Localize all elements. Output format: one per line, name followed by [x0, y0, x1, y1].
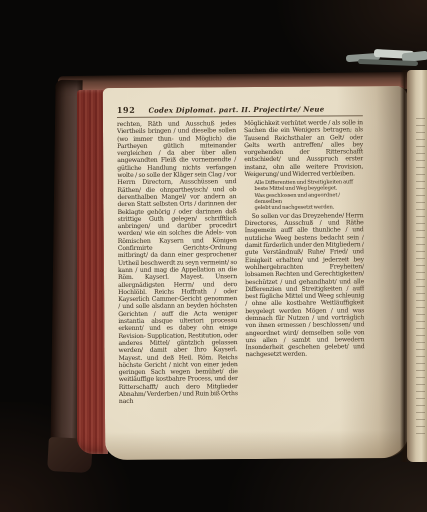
- printed-text-block: 192 Codex Diplomat. part. II. Projectirt…: [117, 103, 365, 435]
- page-header: 192 Codex Diplomat. part. II. Projectirt…: [117, 103, 363, 115]
- header-rule: [117, 115, 363, 118]
- facing-page-sliver: [407, 70, 427, 462]
- left-page: 192 Codex Diplomat. part. II. Projectirt…: [103, 86, 412, 460]
- left-column: rechten, Räth und Ausschuß jedes Vierthe…: [117, 120, 238, 405]
- left-column-paragraph: rechten, Räth und Ausschuß jedes Vierthe…: [117, 120, 238, 405]
- two-column-text: rechten, Räth und Ausschuß jedes Vierthe…: [117, 119, 365, 405]
- running-title: Codex Diplomat. part. II. Projectirte/ N…: [148, 105, 324, 115]
- page-number: 192: [117, 105, 136, 115]
- facing-page-text-edge: [416, 118, 425, 436]
- book-scan-photo: 192 Codex Diplomat. part. II. Projectirt…: [0, 0, 427, 512]
- endband-thread: [358, 59, 418, 66]
- endband-threads: [340, 42, 427, 70]
- page-bottom-shadow: [105, 430, 411, 460]
